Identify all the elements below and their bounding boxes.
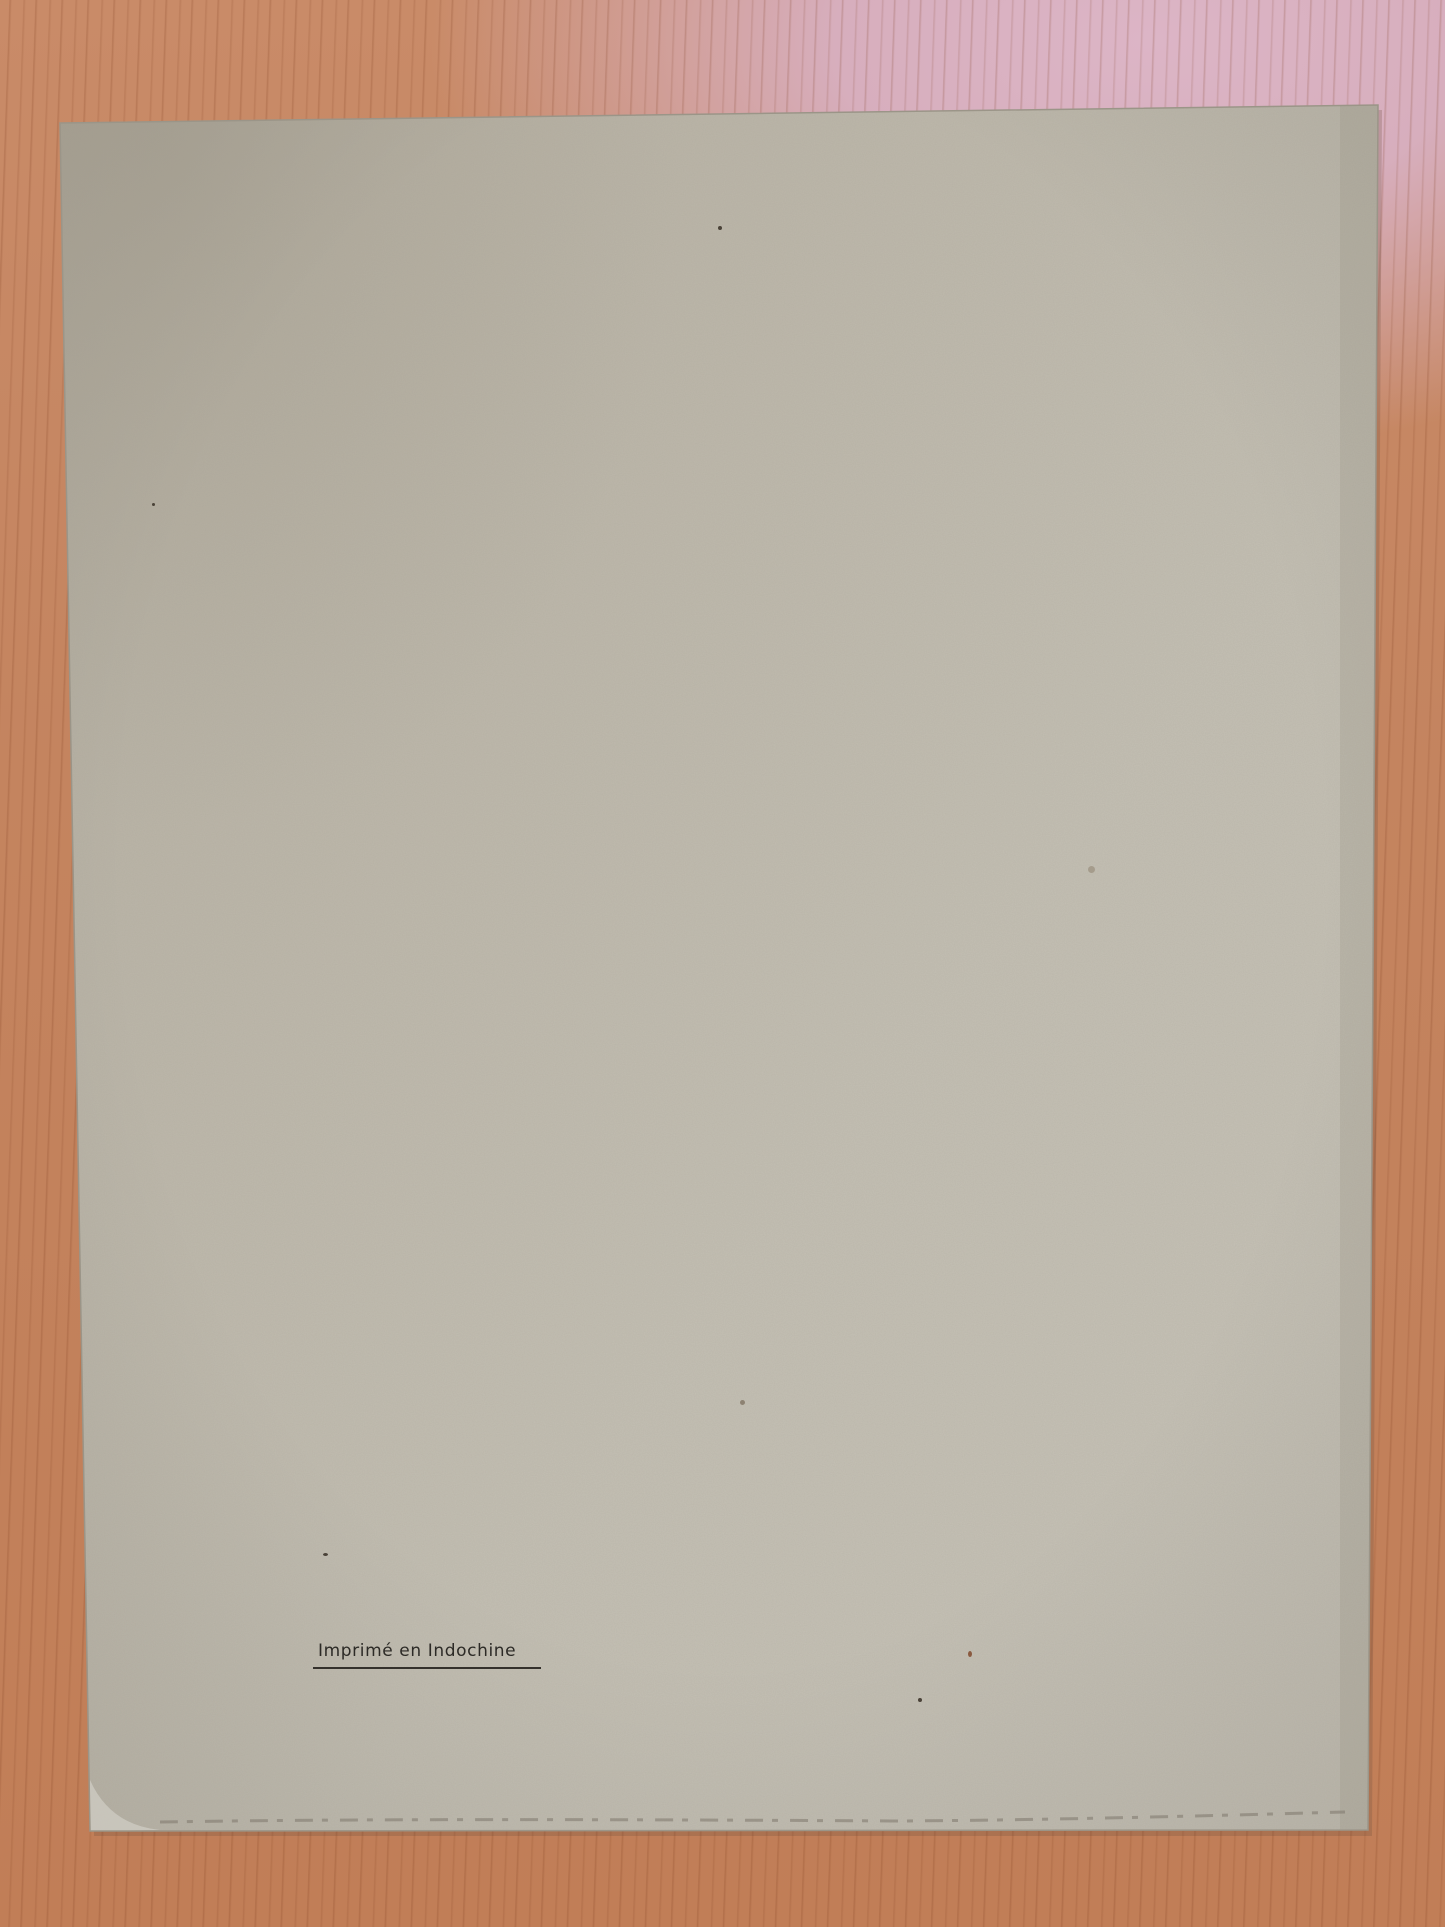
booklet-back-cover <box>0 0 1445 1927</box>
paper-speck <box>323 1553 328 1556</box>
photo-scene: Imprimé en Indochine <box>0 0 1445 1927</box>
imprint-label: Imprimé en Indochine <box>318 1640 516 1662</box>
paper-speck <box>968 1651 972 1657</box>
paper-speck <box>152 503 155 506</box>
paper-speck <box>918 1698 922 1702</box>
paper-speck <box>1088 866 1095 873</box>
paper-speck <box>740 1400 745 1405</box>
paper-speck <box>718 226 722 230</box>
imprint-underline <box>313 1667 541 1669</box>
